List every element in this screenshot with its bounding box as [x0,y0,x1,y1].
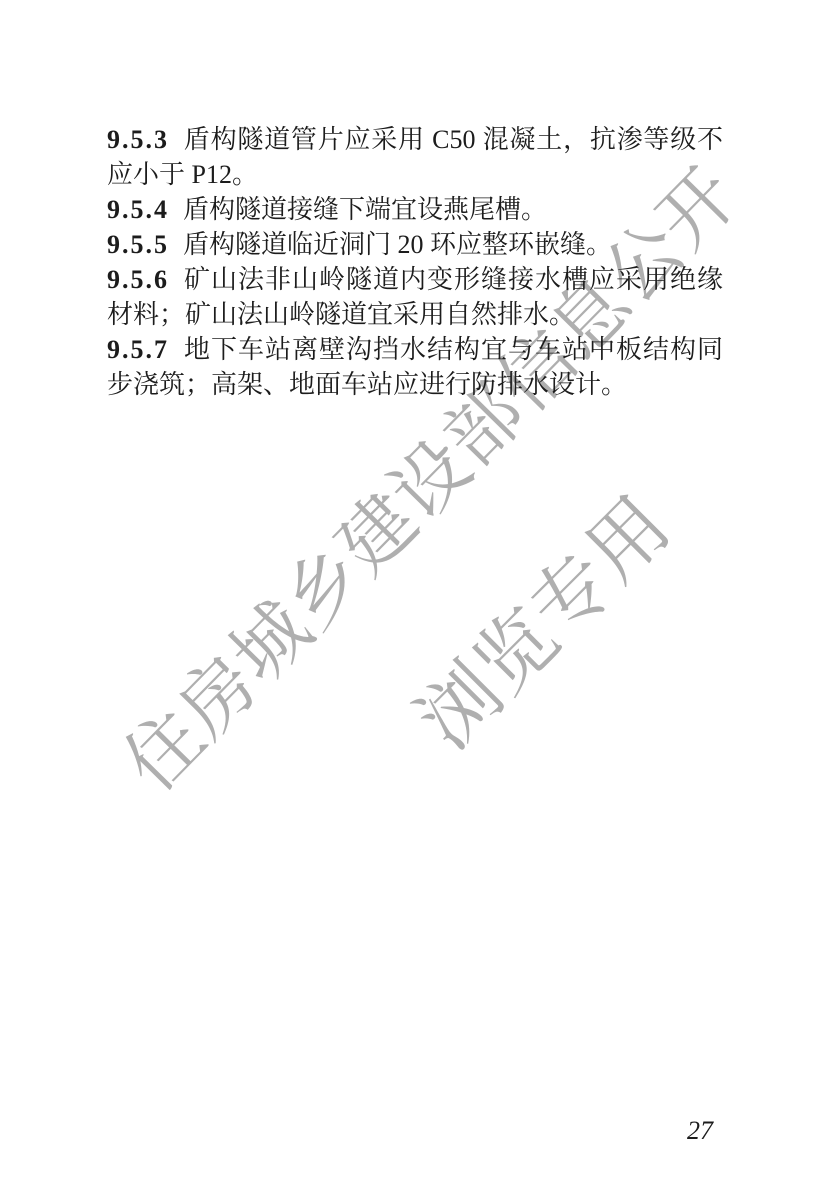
clause-text: 地下车站离壁沟挡水结构宜与车站中板结构同步浇筑；高架、地面车站应进行防排水设计。 [107,335,723,399]
page-number: 27 [676,1116,724,1146]
clause-number: 9.5.3 [107,125,169,154]
watermark-secondary-text: 浏览专用 [389,467,692,770]
clause-9-5-6: 9.5.6矿山法非山岭隧道内变形缝接水槽应采用绝缘材料；矿山法山岭隧道宜采用自然… [107,262,723,332]
clause-9-5-4: 9.5.4盾构隧道接缝下端宜设燕尾槽。 [107,192,723,227]
clause-number: 9.5.6 [107,265,169,294]
clause-text: 盾构隧道管片应采用 C50 混凝土，抗渗等级不应小于 P12。 [107,125,723,189]
clause-number: 9.5.5 [107,230,169,259]
clause-9-5-3: 9.5.3盾构隧道管片应采用 C50 混凝土，抗渗等级不应小于 P12。 [107,122,723,192]
clause-text: 盾构隧道临近洞门 20 环应整环嵌缝。 [183,230,612,259]
clause-text: 矿山法非山岭隧道内变形缝接水槽应采用绝缘材料；矿山法山岭隧道宜采用自然排水。 [107,265,723,329]
clause-9-5-5: 9.5.5盾构隧道临近洞门 20 环应整环嵌缝。 [107,227,723,262]
clause-number: 9.5.7 [107,335,169,364]
clause-number: 9.5.4 [107,195,169,224]
clause-text: 盾构隧道接缝下端宜设燕尾槽。 [183,195,547,224]
document-page: 住房城乡建设部信息公开 浏览专用 9.5.3盾构隧道管片应采用 C50 混凝土，… [0,0,828,1198]
clause-9-5-7: 9.5.7地下车站离壁沟挡水结构宜与车站中板结构同步浇筑；高架、地面车站应进行防… [107,332,723,402]
clauses-block: 9.5.3盾构隧道管片应采用 C50 混凝土，抗渗等级不应小于 P12。 9.5… [107,122,723,402]
